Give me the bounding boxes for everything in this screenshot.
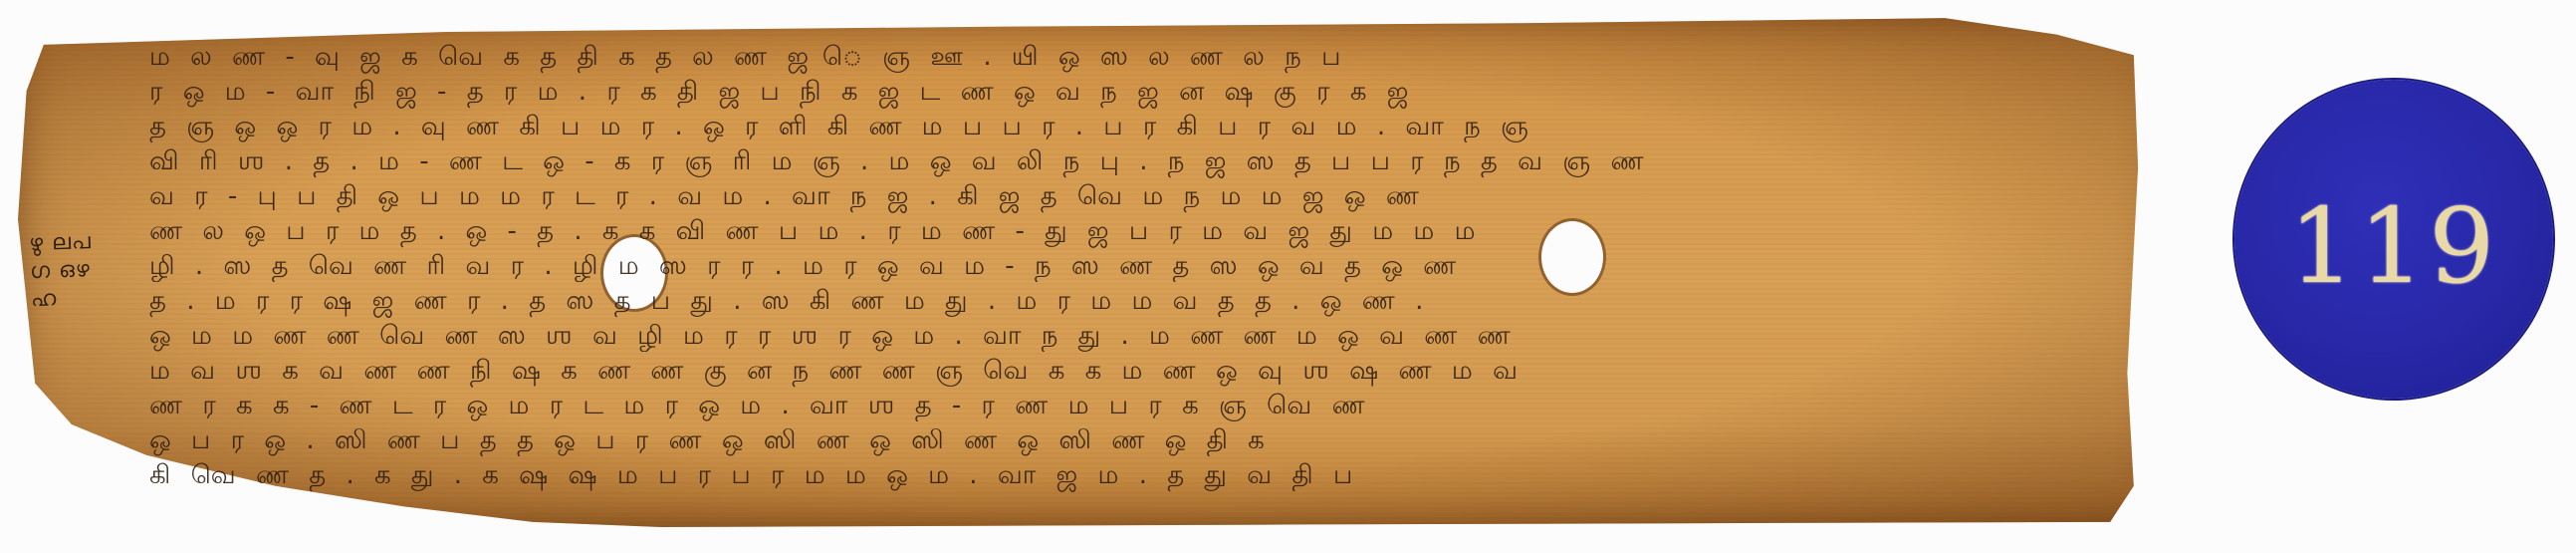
text-line: த ஞ ஒ ஒ ர ம . வு ண கி ப ம ர . ஒ ர ளி கி … <box>149 110 2011 144</box>
text-line: ண ல ஒ ப ர ம த . ஒ - த . க க வி ண ப ம . ர… <box>149 214 2011 249</box>
text-line: த . ம ர ர ஷ ஜ ண ர . த ஸ த ப து . ஸ கி ண … <box>149 284 2011 319</box>
catalog-number: 119 <box>2289 185 2499 307</box>
text-line: ர ஒ ம - வா நி ஜ - த ர ம . ர க தி ஜ ப நி … <box>149 75 2011 110</box>
text-line: கி வெ ண த . க து . க ஷ ஷ ம ப ர ப ர ம ம ஒ… <box>149 458 2011 493</box>
text-line: ழி . ஸ த வெ ண ரி வ ர . ழி ம ஸ ர ர . ம ர … <box>149 249 2011 284</box>
text-line: ண ர க க - ண ட ர ஒ ம ர ட ம ர ஒ ம . வா ஶ த… <box>149 389 2011 423</box>
text-line: ம வ ஶ க வ ண ண நி ஷ க ண ண கு ன ந ண ண ஞ வெ… <box>149 354 2011 389</box>
text-line: வ ர - பு ப தி ஒ ப ம ம ர ட ர . வ ம . வா ந… <box>149 179 2011 214</box>
margin-annotation: ഴു ലപ ഗ ഒഴ ഹ <box>29 228 102 314</box>
manuscript-text: ம ல ண - வு ஜ க வெ க த தி க த ல ண ஜ ெ ஞ ஊ… <box>149 40 2011 493</box>
text-line: வி ரி ஶ . த . ம - ண ட ஒ - க ர ஞ ரி ம ஞ .… <box>149 144 2011 179</box>
text-line: ஒ ப ர ஒ . ஸி ண ப த த ஒ ப ர ண ஒ ஸி ண ஒ ஸி… <box>149 423 2011 458</box>
catalog-number-tag: 119 <box>2234 80 2553 399</box>
text-line: ஒ ம ம ண ண வெ ண ஸ ஶ வ ழி ம ர ர ஶ ர ஒ ம . … <box>149 319 2011 354</box>
text-line: ம ல ண - வு ஜ க வெ க த தி க த ல ண ஜ ெ ஞ ஊ… <box>149 40 2011 75</box>
